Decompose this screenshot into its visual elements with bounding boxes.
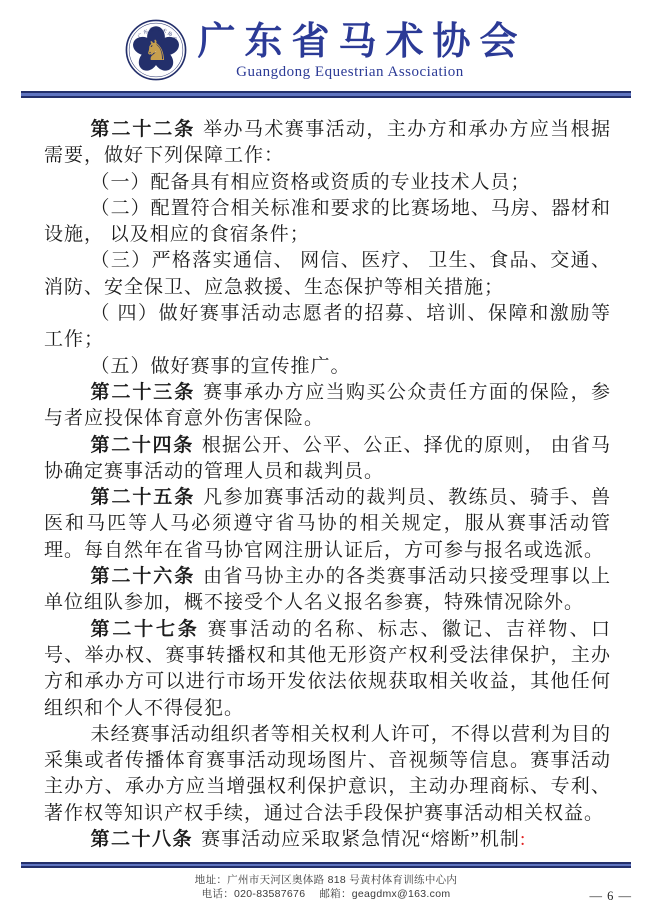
- list-item-3: （三）严格落实通信、 网信、医疗、 卫生、食品、交通、消防、安全保卫、应急救援、…: [44, 248, 611, 301]
- paragraph-article-26: 第二十六条由省马协主办的各类赛事活动只接受理事以上单位组队参加，概不接受个人名义…: [44, 564, 611, 617]
- paragraph-text: （二）配置符合相关标准和要求的比赛场地、马房、器材和设施， 以及相应的食宿条件；: [44, 198, 611, 245]
- paragraph-rights-protection: 未经赛事活动组织者等相关权利人许可，不得以营利为目的采集或者传播体育赛事活动现场…: [44, 722, 611, 827]
- article-number: 第二十三条: [91, 382, 196, 403]
- paragraph-text: （三）严格落实通信、 网信、医疗、 卫生、食品、交通、消防、安全保卫、应急救援、…: [44, 250, 611, 297]
- paragraph-text: （ 四）做好赛事活动志愿者的招募、培训、保障和激励等工作；: [44, 303, 611, 350]
- paragraph-article-28: 第二十八条赛事活动应采取紧急情况“熔断”机制:: [44, 827, 611, 853]
- letterhead: 广东省马术协会 ♞ 广东省马术协会 Guangdong Equestrian A…: [0, 14, 652, 86]
- footer-contact-block: 地址：广州市天河区奥体路 818 号黄村体育训练中心内 电话：020-83587…: [0, 874, 652, 901]
- paragraph-article-23: 第二十三条赛事承办方应当购买公众责任方面的保险，参与者应投保体育意外伤害保险。: [44, 380, 611, 433]
- article-number: 第二十五条: [91, 487, 196, 508]
- paragraph-article-24: 第二十四条根据公开、公平、公正、择优的原则， 由省马协确定赛事活动的管理人员和裁…: [44, 433, 611, 486]
- list-item-4: （ 四）做好赛事活动志愿者的招募、培训、保障和激励等工作；: [44, 301, 611, 354]
- document-page: { "header": { "org_name_cn": "广东省马术协会", …: [0, 0, 652, 912]
- org-title-block: 广东省马术协会 Guangdong Equestrian Association: [197, 20, 526, 81]
- article-number: 第二十二条: [91, 119, 196, 140]
- org-name-english: Guangdong Equestrian Association: [185, 64, 514, 81]
- org-name-chinese: 广东省马术协会: [197, 20, 526, 64]
- paragraph-text: 赛事活动应采取紧急情况“熔断”机制: [201, 829, 520, 850]
- footer-address: 地址：广州市天河区奥体路 818 号黄村体育训练中心内: [0, 874, 652, 888]
- paragraph-text: 未经赛事活动组织者等相关权利人许可，不得以营利为目的采集或者传播体育赛事活动现场…: [44, 724, 611, 824]
- paragraph-text: （一）配备具有相应资格或资质的专业技术人员；: [91, 172, 531, 193]
- header-divider-rule: [21, 91, 631, 98]
- list-item-2: （二）配置符合相关标准和要求的比赛场地、马房、器材和设施， 以及相应的食宿条件；: [44, 196, 611, 249]
- article-number: 第二十七条: [91, 619, 200, 640]
- list-item-1: （一）配备具有相应资格或资质的专业技术人员；: [44, 170, 611, 196]
- footer-phone-email: 电话：020-83587676 邮箱：geagdmx@163.com: [0, 888, 652, 902]
- horse-icon: ♞: [144, 36, 169, 67]
- article-number: 第二十四条: [91, 435, 194, 456]
- article-number: 第二十八条: [91, 829, 194, 850]
- document-body: 第二十二条举办马术赛事活动，主办方和承办方应当根据需要，做好下列保障工作： （一…: [44, 117, 611, 853]
- paragraph-text: （五）做好赛事的宣传推广。: [91, 356, 351, 377]
- paragraph-article-22: 第二十二条举办马术赛事活动，主办方和承办方应当根据需要，做好下列保障工作：: [44, 117, 611, 170]
- association-logo: 广东省马术协会 ♞: [125, 19, 187, 81]
- article-number: 第二十六条: [91, 566, 196, 587]
- list-item-5: （五）做好赛事的宣传推广。: [44, 354, 611, 380]
- red-colon: :: [520, 829, 526, 850]
- paragraph-article-25: 第二十五条凡参加赛事活动的裁判员、教练员、骑手、兽医和马匹等人马必须遵守省马协的…: [44, 485, 611, 564]
- paragraph-article-27: 第二十七条赛事活动的名称、标志、徽记、吉祥物、口号、举办权、赛事转播权和其他无形…: [44, 617, 611, 722]
- page-number: — 6 —: [590, 889, 633, 904]
- footer-divider-rule: [21, 862, 631, 868]
